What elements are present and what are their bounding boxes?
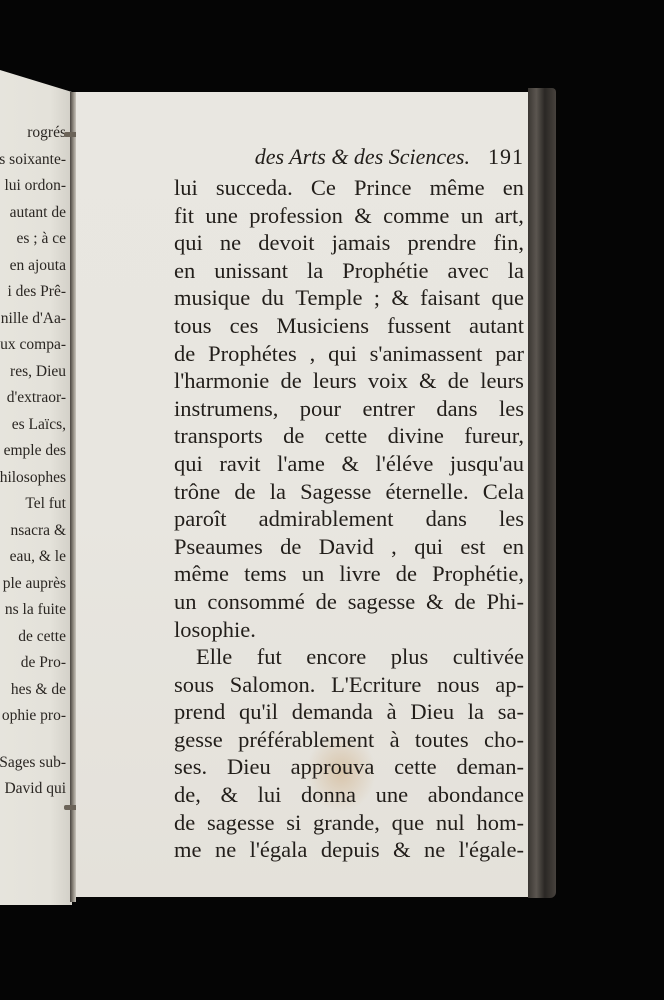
text-line: prendqu'ildemandaàDieulasa- [174,698,524,726]
left-text-fragment: i des Prê- [0,279,66,306]
text-line: luisucceda.CePrincemêmeen [174,174,524,202]
left-text-fragment: eau, & le [0,544,66,571]
left-text-fragment: David qui [0,776,66,803]
left-text-fragment: ophie pro- [0,703,66,730]
left-text-fragment: ns la fuite [0,597,66,624]
left-text-fragment: ux compa- [0,332,66,359]
page-text-block: des Arts & des Sciences. 191 luisucceda.… [174,144,524,864]
left-text-fragment: rogrés [0,120,66,147]
text-line: transportsdecettedivinefureur, [174,422,524,450]
text-line: paroîtadmirablementdansles [174,505,524,533]
book-fore-edge [528,88,556,898]
left-text-fragment [0,730,66,750]
text-line: instrumens,pourentrerdansles [174,395,524,423]
text-line: quinedevoitjamaisprendrefin, [174,229,524,257]
text-line: ses.Dieuapprouvacettedeman- [174,753,524,781]
text-line: menel'égaladepuis&nel'égale- [174,836,524,864]
left-text-fragment: Sages sub- [0,750,66,777]
left-text-fragment: d'extraor- [0,385,66,412]
left-text-fragment: lui ordon- [0,173,66,200]
text-line: trônedelaSagesseéternelle.Cela [174,478,524,506]
text-line: quiravitl'ame&l'élévejusqu'au [174,450,524,478]
left-text-fragment: hilosophes [0,465,66,492]
left-text-fragment: emple des [0,438,66,465]
page-number: 191 [488,144,524,170]
text-line: PseaumesdeDavid,quiesten [174,533,524,561]
left-text-fragment: es Laïcs, [0,412,66,439]
text-line: l'harmoniedeleursvoix&deleurs [174,367,524,395]
left-text-fragment: nille d'Aa- [0,306,66,333]
text-line: touscesMusiciensfussentautant [174,312,524,340]
left-text-fragment: hes & de [0,677,66,704]
right-page: des Arts & des Sciences. 191 luisucceda.… [76,92,528,897]
text-line: losophie. [174,616,524,644]
text-line: musiqueduTemple;&faisantque [174,284,524,312]
body-text: luisucceda.CePrincemêmeenfituneprofessio… [174,174,524,864]
left-text-fragment: en ajouta [0,253,66,280]
left-text-fragment: de Pro- [0,650,66,677]
text-line: enunissantlaProphétieavecla [174,257,524,285]
text-line: sousSalomon.L'Ecriturenousap- [174,671,524,699]
left-page-text: rogréss soixante-lui ordon-autant dees ;… [0,120,66,803]
running-header: des Arts & des Sciences. 191 [168,144,524,174]
left-text-fragment: es ; à ce [0,226,66,253]
left-text-fragment: s soixante- [0,147,66,174]
left-text-fragment: ple auprès [0,571,66,598]
left-text-fragment: nsacra & [0,518,66,545]
left-text-fragment: Tel fut [0,491,66,518]
running-title: des Arts & des Sciences. [255,144,470,170]
text-line: deProphétes,quis'animassentpar [174,340,524,368]
text-line: fituneprofession&commeunart, [174,202,524,230]
text-line: de,&luidonnauneabondance [174,781,524,809]
text-line: Ellefutencorepluscultivée [174,643,524,671]
left-text-fragment: de cette [0,624,66,651]
left-text-fragment: res, Dieu [0,359,66,386]
text-line: unconsommédesagesse&dePhi- [174,588,524,616]
left-page-fragment: rogréss soixante-lui ordon-autant dees ;… [0,70,72,905]
text-line: mêmetemsunlivredeProphétie, [174,560,524,588]
left-text-fragment: autant de [0,200,66,227]
text-line: desagessesigrande,quenulhom- [174,809,524,837]
text-line: gessepréférablementàtoutescho- [174,726,524,754]
